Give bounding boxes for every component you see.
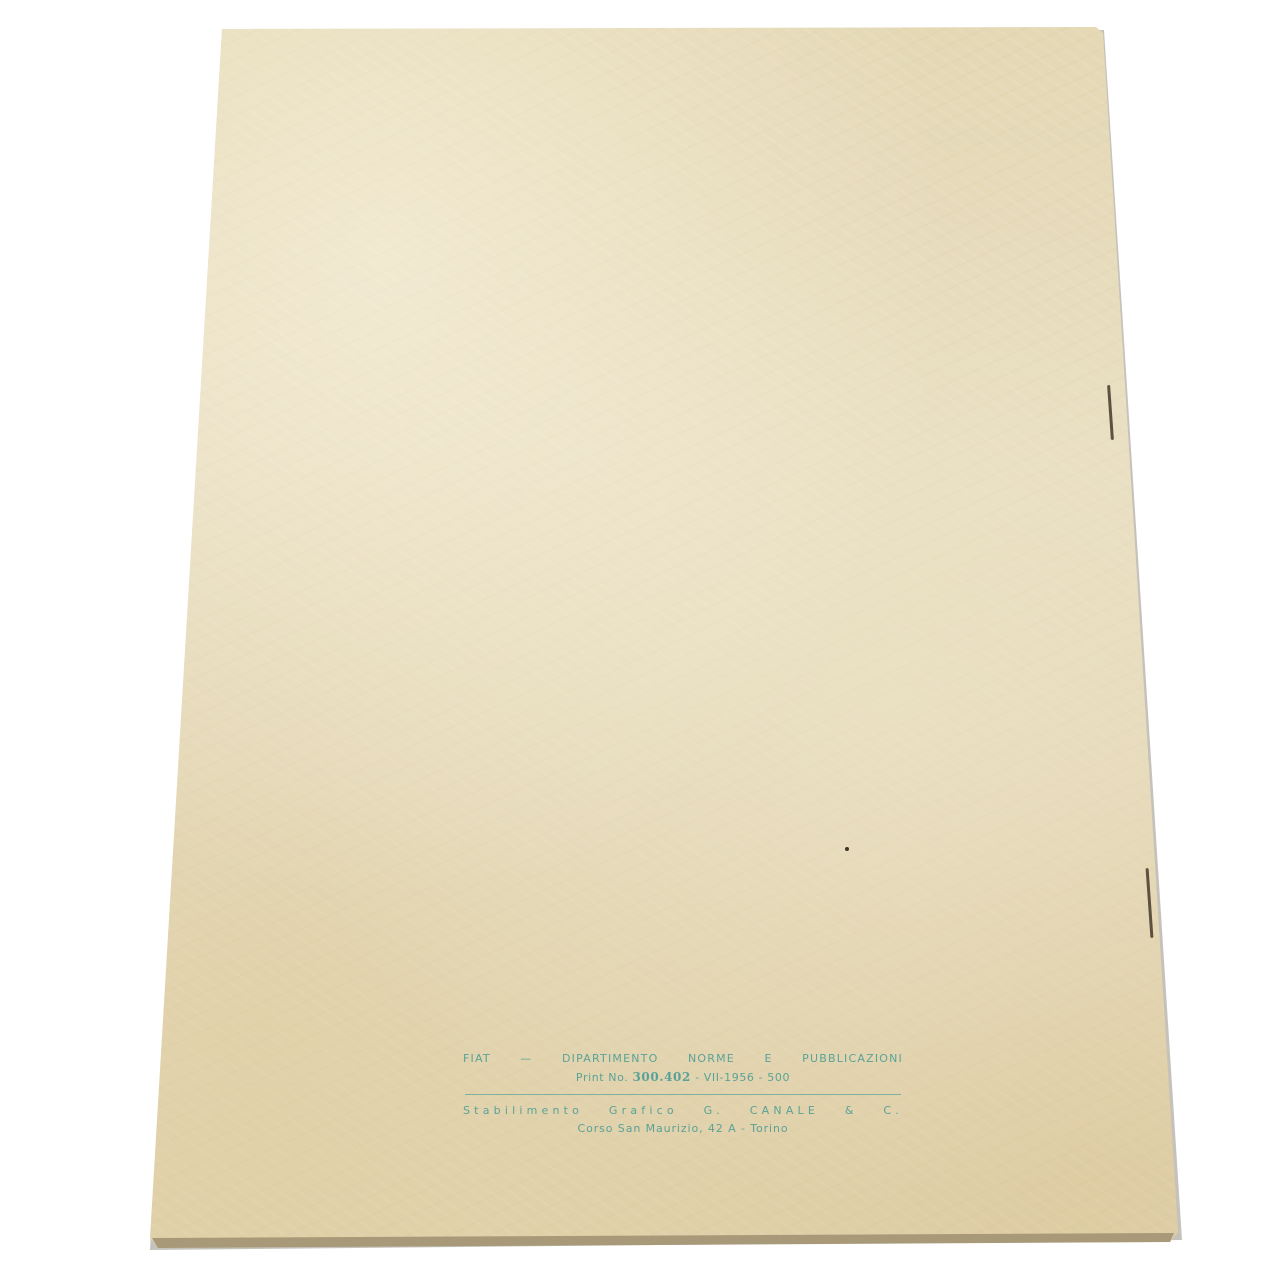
- photo-stage: FIAT — DIPARTIMENTO NORME E PUBBLICAZION…: [0, 0, 1280, 1280]
- paper-speck: [845, 847, 849, 851]
- address-line: Corso San Maurizio, 42 A - Torino: [463, 1122, 903, 1135]
- print-date-edition: - VII-1956 - 500: [695, 1071, 790, 1084]
- print-label: Print No.: [576, 1071, 628, 1084]
- print-number-line: Print No. 300.402 - VII-1956 - 500: [463, 1070, 903, 1084]
- imprint-divider: [465, 1094, 901, 1095]
- publisher-line: FIAT — DIPARTIMENTO NORME E PUBBLICAZION…: [463, 1052, 903, 1065]
- printer-imprint: FIAT — DIPARTIMENTO NORME E PUBBLICAZION…: [463, 1052, 903, 1135]
- printer-line: Stabilimento Grafico G. CANALE & C.: [463, 1104, 903, 1117]
- print-number: 300.402: [632, 1070, 690, 1084]
